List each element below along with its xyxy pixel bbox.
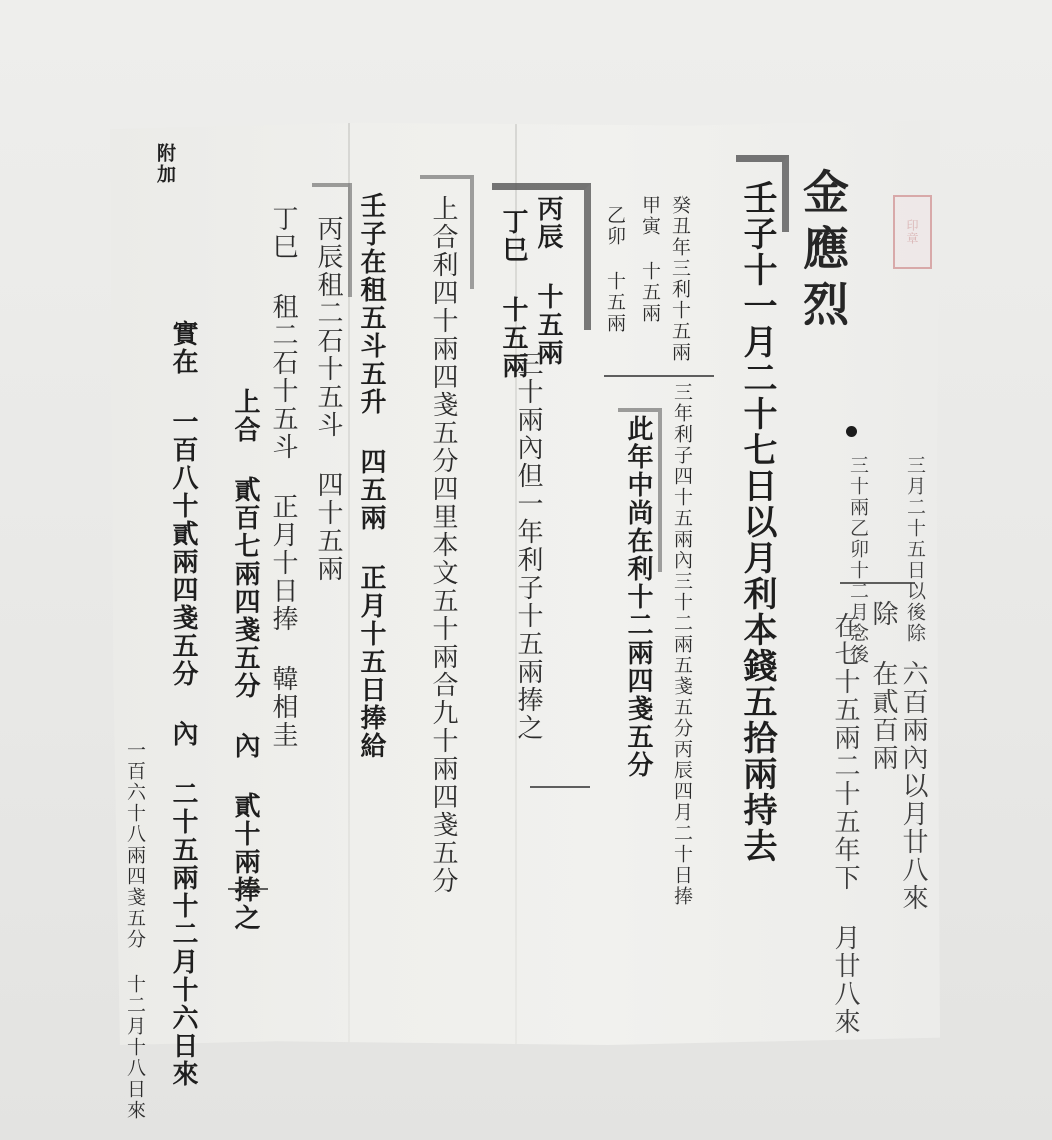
- underline-mark: [840, 582, 915, 584]
- underline-mark: [228, 888, 268, 890]
- year-entry: 丙辰 十五兩: [535, 195, 561, 367]
- year-entry: 癸丑年三利十五兩: [670, 195, 689, 363]
- annotation-line: 在七十五兩二十五年下 月廿八來: [832, 612, 858, 1036]
- margin-note: 附加: [155, 143, 174, 185]
- underline-mark: [604, 375, 714, 377]
- year-entry: 甲寅 十五兩: [640, 195, 659, 324]
- grand-total-line: 上合 貳百七兩四戔五分 內 貳十兩捧之: [232, 388, 258, 932]
- year-entry: 乙卯 十五兩: [605, 205, 624, 334]
- entry-line: 三十兩內但一年利子十五兩捧之: [515, 350, 541, 742]
- rent-line: 丙辰租二石十五斗 四十五兩: [315, 215, 341, 583]
- document-title: 金應烈: [800, 168, 846, 336]
- entry-line: 此年中尚在利十二兩四戔五分: [625, 415, 651, 779]
- annotation-line: 六百兩內以月廿八來: [900, 660, 926, 912]
- annotation-line: 三月二十五日以後除: [905, 455, 924, 644]
- balance-line: 一百六十八兩四戔五分 十二月十八日來: [125, 740, 144, 1121]
- entry-line-1: 壬子十一月二十七日以月利本錢五拾兩持去: [740, 180, 774, 864]
- annotation-line: 除 在貳百兩: [870, 600, 896, 772]
- total-line: 上合利四十兩四戔五分四里本文五十兩合九十兩四戔五分: [430, 195, 456, 895]
- ink-dot: [846, 426, 857, 437]
- underline-mark: [530, 786, 590, 788]
- rent-line: 壬子在租五斗五升 四五兩 正月十五日捧給: [358, 192, 384, 760]
- balance-line: 實在 一百八十貳兩四戔五分 內 二十五兩十二月十六日來: [170, 320, 196, 1088]
- entry-line: 三年利子四十五兩內三十二兩五戔五分丙辰四月二十日捧: [672, 382, 691, 907]
- rent-line: 丁巳 租二石十五斗 正月十日捧 韓相圭: [270, 205, 296, 749]
- red-seal-stamp: 印章: [893, 195, 932, 269]
